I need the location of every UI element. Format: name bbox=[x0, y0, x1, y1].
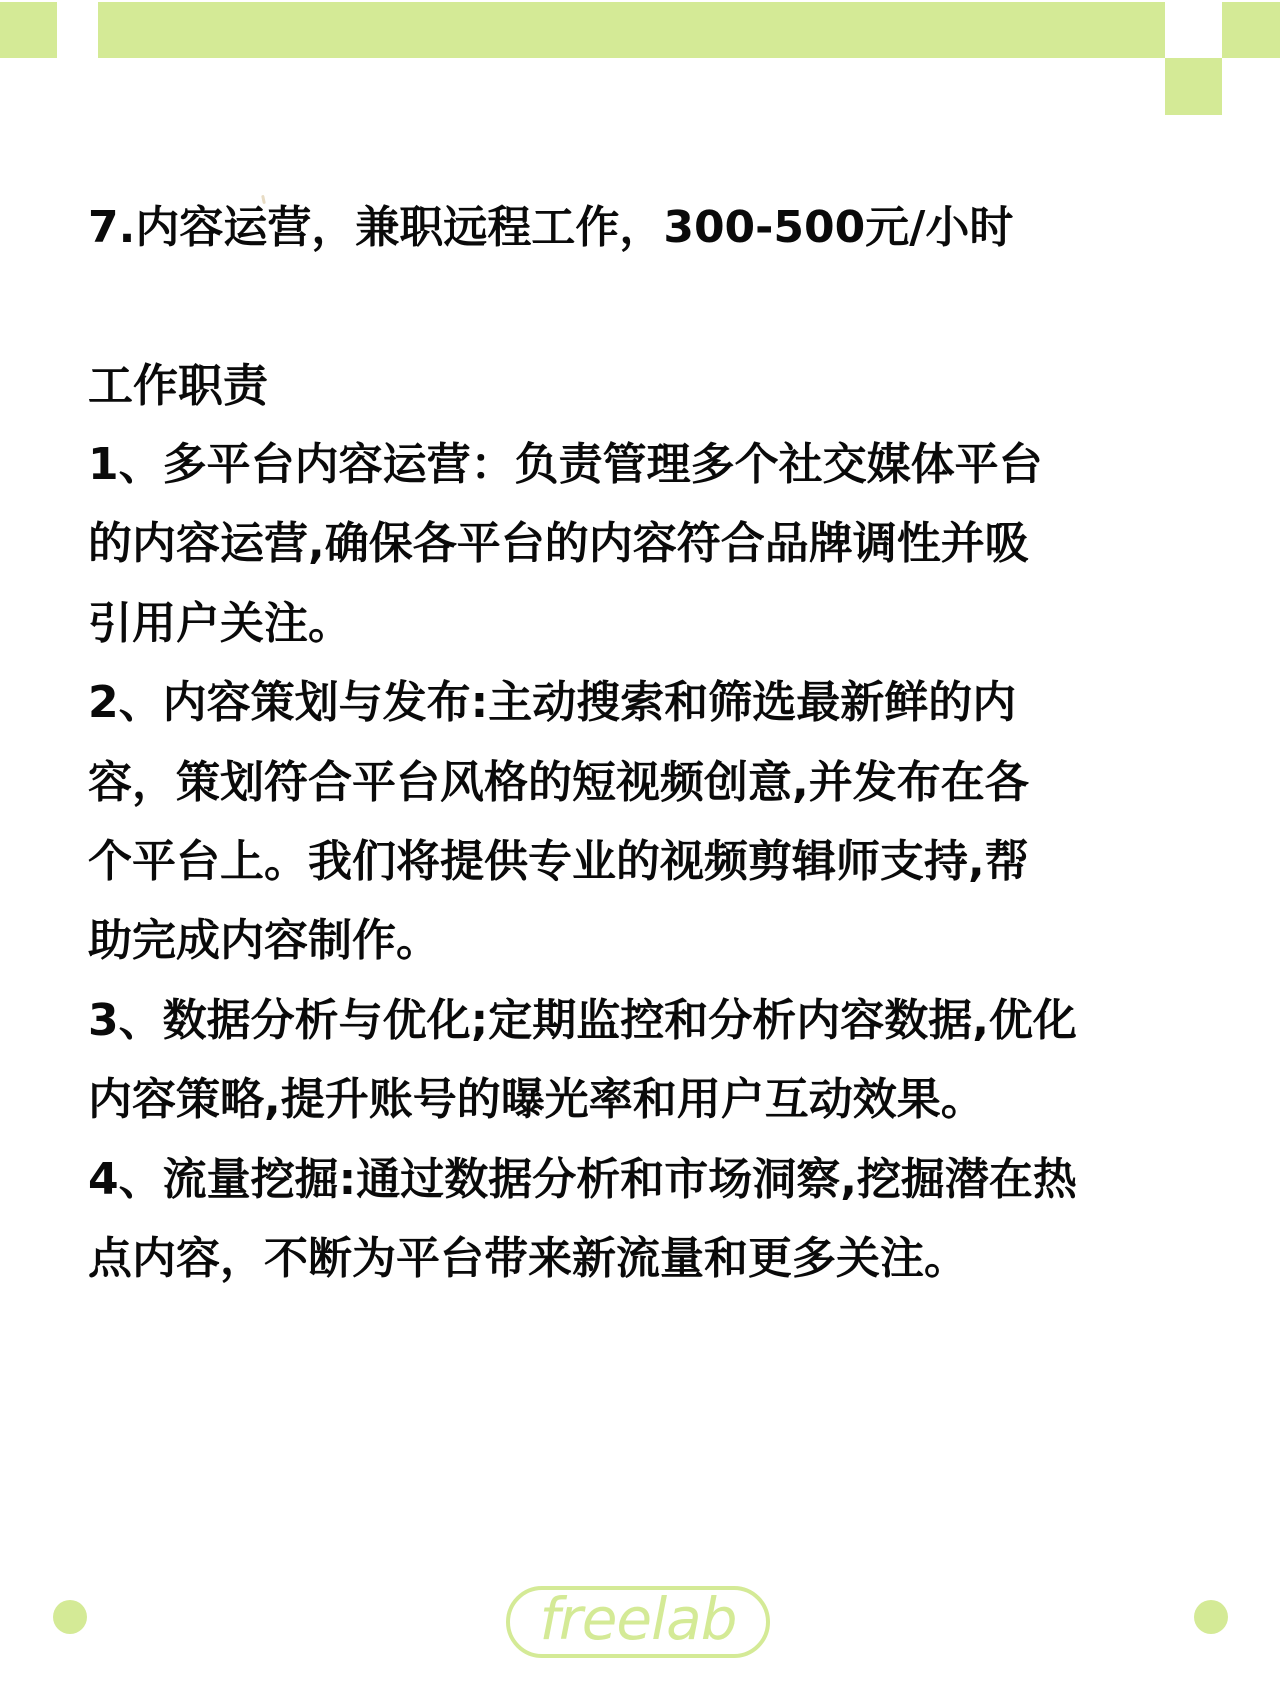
duty-line: 容，策划符合平台风格的短视频创意,并发布在各 bbox=[88, 743, 1198, 822]
duty-line: 引用户关注。 bbox=[88, 584, 1198, 663]
brand-logo-text: freelab bbox=[539, 1590, 736, 1648]
decor-square-step bbox=[1165, 58, 1222, 115]
duty-line: 点内容，不断为平台带来新流量和更多关注。 bbox=[88, 1219, 1198, 1298]
duty-line: 3、数据分析与优化;定期监控和分析内容数据,优化 bbox=[88, 981, 1198, 1060]
duty-line: 2、内容策划与发布:主动搜索和筛选最新鲜的内 bbox=[88, 663, 1198, 742]
decor-dot-left bbox=[53, 1600, 87, 1634]
duty-line: 内容策略,提升账号的曝光率和用户互动效果。 bbox=[88, 1060, 1198, 1139]
brand-logo: freelab bbox=[506, 1586, 770, 1658]
decor-square-right bbox=[1222, 2, 1280, 58]
post-title: 7.内容运营，兼职远程工作，300-500元/小时 bbox=[88, 198, 1013, 258]
duty-line: 个平台上。我们将提供专业的视频剪辑师支持,帮 bbox=[88, 822, 1198, 901]
duty-line: 1、多平台内容运营：负责管理多个社交媒体平台 bbox=[88, 425, 1198, 504]
decor-header-bar bbox=[98, 2, 1165, 58]
duty-line: 的内容运营,确保各平台的内容符合品牌调性并吸 bbox=[88, 504, 1198, 583]
duty-list: 1、多平台内容运营：负责管理多个社交媒体平台 的内容运营,确保各平台的内容符合品… bbox=[88, 425, 1198, 1298]
decor-square-left bbox=[0, 2, 57, 58]
section-heading: 工作职责 bbox=[88, 356, 268, 416]
duty-line: 助完成内容制作。 bbox=[88, 901, 1198, 980]
decor-dot-right bbox=[1194, 1600, 1228, 1634]
duty-line: 4、流量挖掘:通过数据分析和市场洞察,挖掘潜在热 bbox=[88, 1140, 1198, 1219]
